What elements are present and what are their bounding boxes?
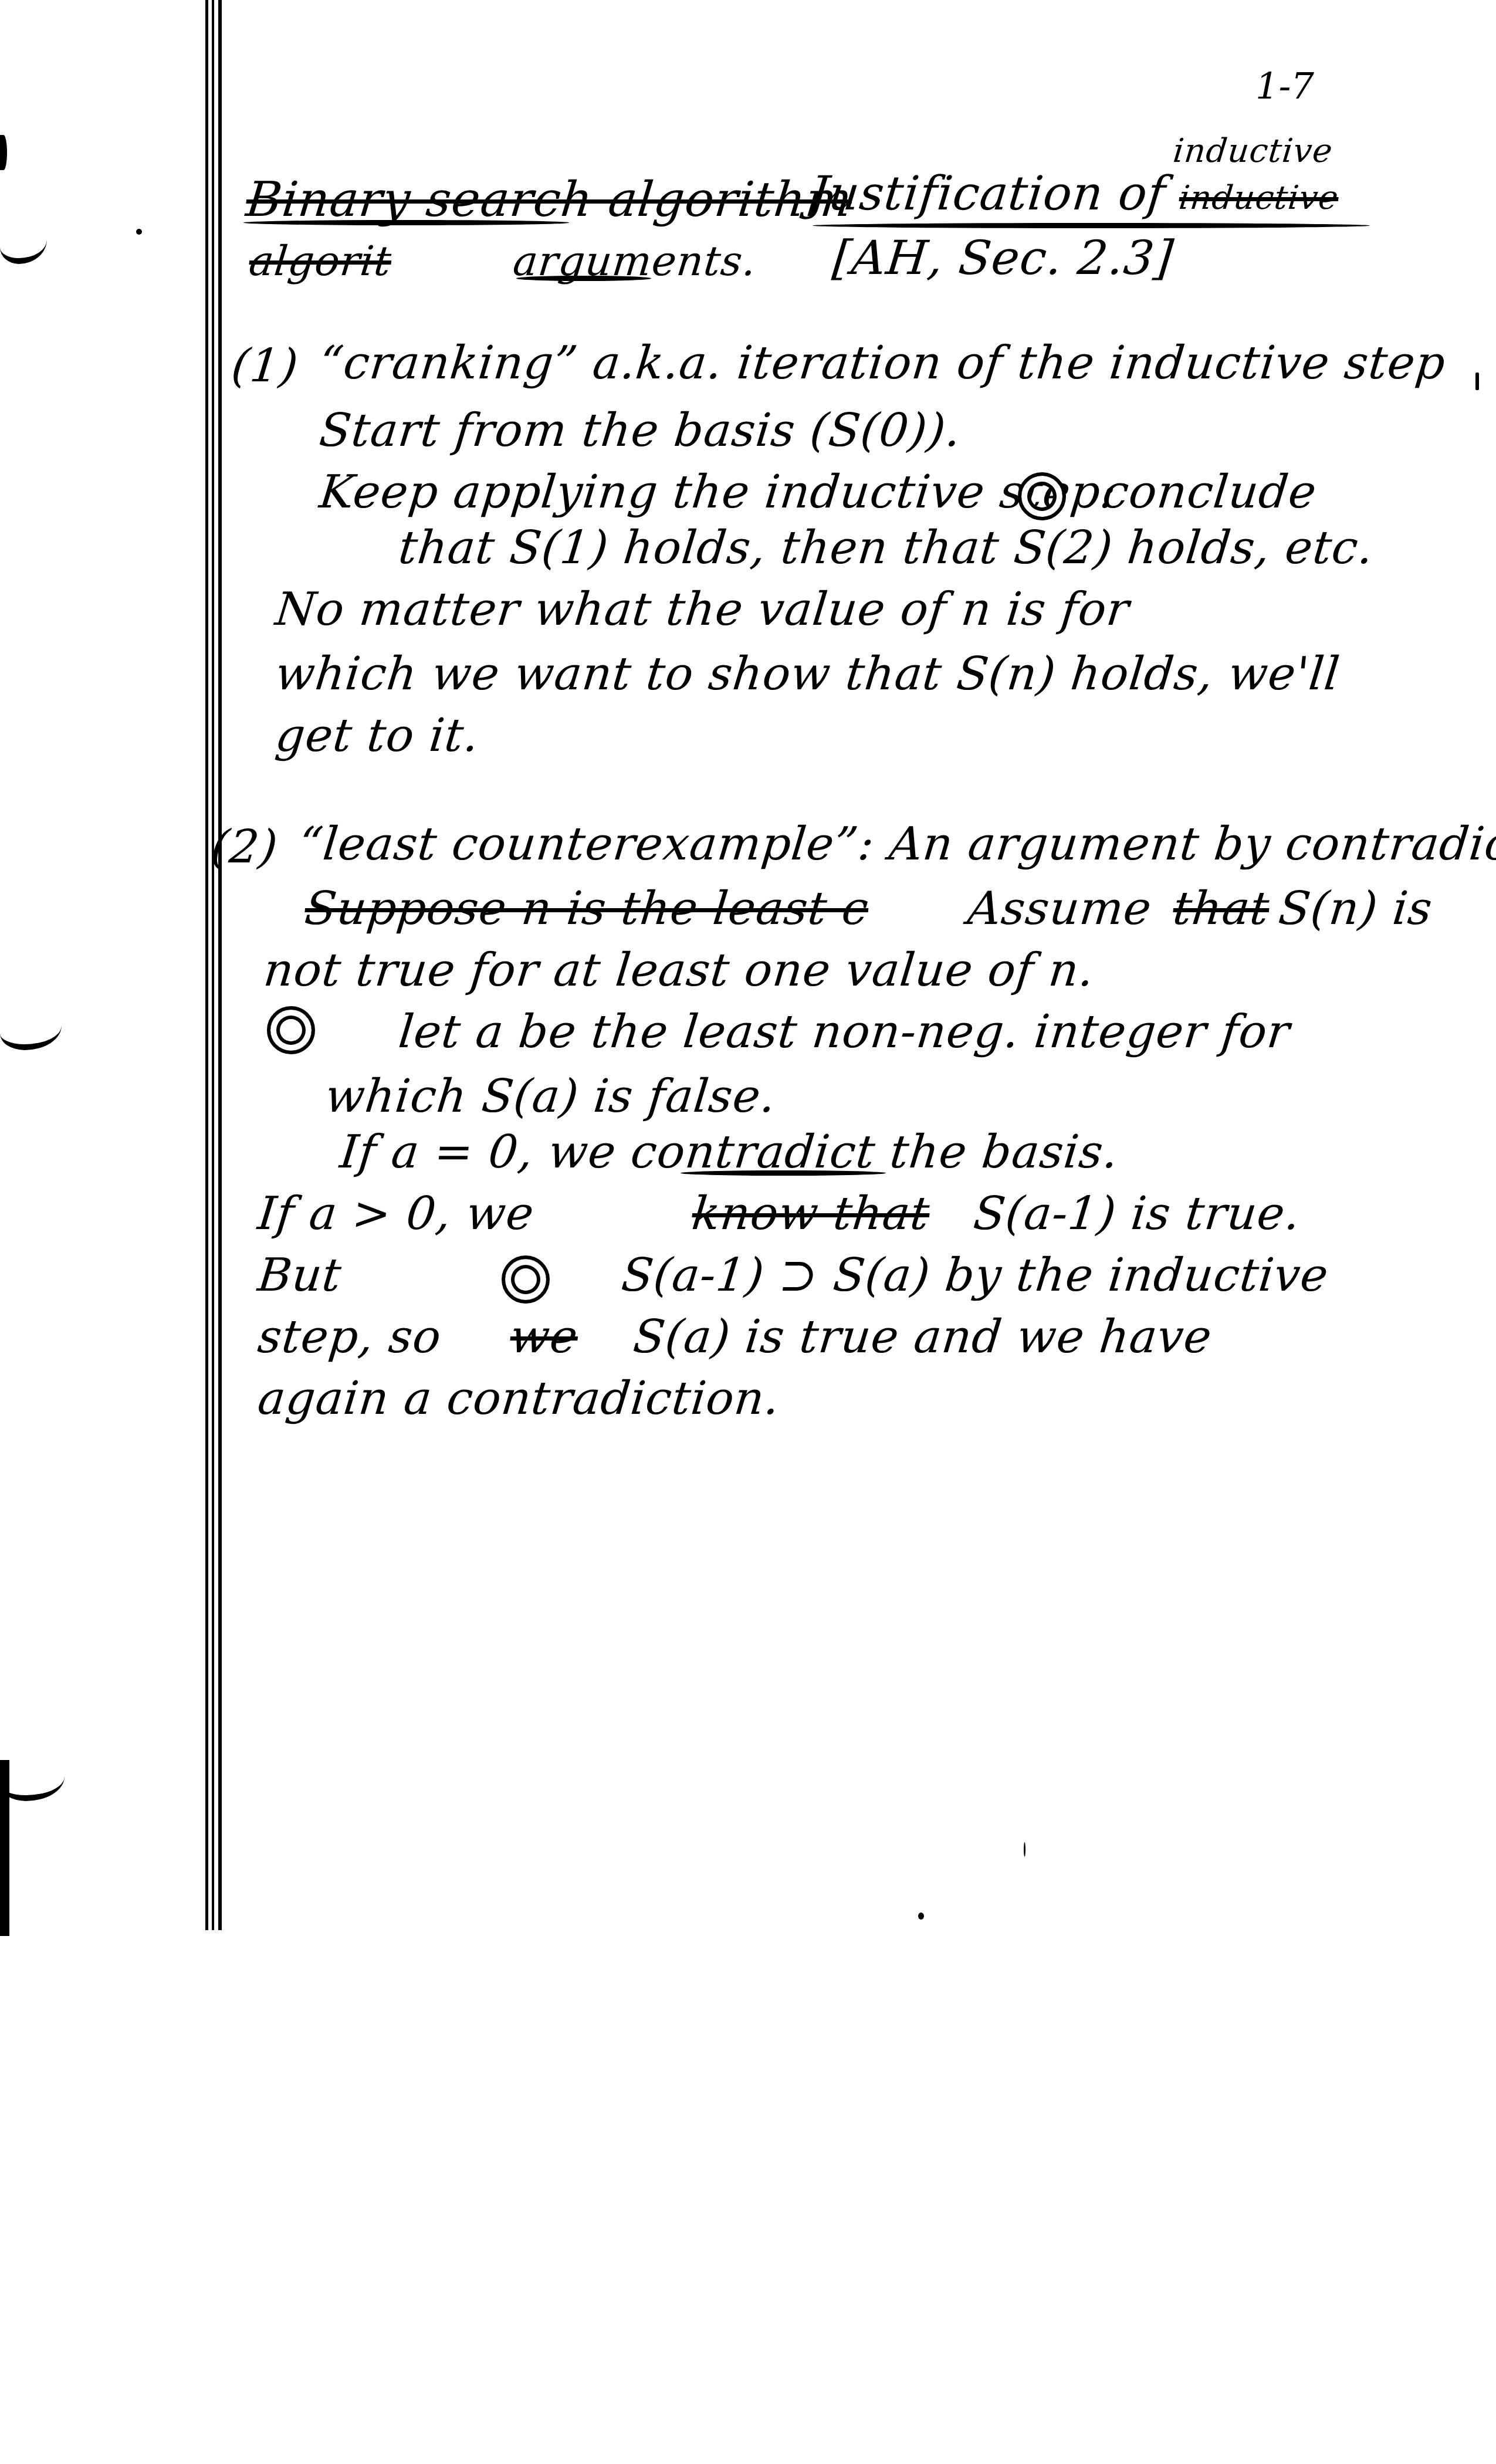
title-underline bbox=[243, 220, 569, 225]
heading-arguments: arguments. bbox=[511, 241, 759, 282]
section2-line: “least counterexample”: An argument by c… bbox=[297, 821, 1496, 867]
section2-line: again a contradiction. bbox=[256, 1376, 782, 1421]
section2-line: step, so bbox=[256, 1314, 444, 1360]
word-underline bbox=[681, 1170, 886, 1176]
section2-line: S(a) is true and we have bbox=[631, 1314, 1214, 1360]
section1-line: that S(1) holds, then that S(2) holds, e… bbox=[397, 525, 1376, 571]
binding-artifact bbox=[0, 223, 47, 264]
binding-artifact bbox=[0, 1760, 65, 1801]
section1-line: conclude bbox=[1101, 469, 1319, 515]
scribble-mark bbox=[502, 1255, 550, 1304]
binding-artifact bbox=[0, 1760, 9, 1936]
section2-struck-word: that bbox=[1171, 886, 1272, 932]
section1-line: No matter what the value of n is for bbox=[273, 587, 1132, 632]
scan-speck bbox=[918, 1913, 924, 1920]
section1-line: “cranking” a.k.a. iteration of the induc… bbox=[317, 340, 1448, 386]
section2-line: let a be the least non-neg. integer for bbox=[397, 1009, 1292, 1055]
margin-line bbox=[212, 0, 214, 1930]
scribble-mark bbox=[1018, 472, 1066, 520]
section1-line: Keep applying the inductive step: bbox=[317, 469, 1119, 515]
section1-marker: (1) bbox=[229, 343, 301, 389]
title-struck-2: algorit bbox=[247, 241, 393, 282]
scanned-note-page: 1-7 Binary search algorithm algorit argu… bbox=[0, 0, 1496, 2464]
section2-line: If a = 0, we contradict the basis. bbox=[338, 1129, 1121, 1175]
heading-inserted-word: inductive bbox=[1172, 135, 1334, 168]
section2-line: Assume bbox=[966, 886, 1154, 932]
section2-struck-word: know that bbox=[690, 1191, 932, 1237]
section2-line: But bbox=[256, 1253, 344, 1298]
reference: [AH, Sec. 2.3] bbox=[831, 235, 1176, 282]
section2-line: which S(a) is false. bbox=[323, 1074, 779, 1119]
binding-artifact bbox=[0, 1009, 62, 1050]
section1-line: get to it. bbox=[273, 713, 482, 759]
scan-speck bbox=[1024, 1842, 1025, 1857]
heading-struck-word: inductive bbox=[1177, 182, 1340, 215]
heading-underline bbox=[516, 276, 651, 281]
section2-struck-line: Suppose n is the least c bbox=[303, 886, 871, 932]
margin-line bbox=[205, 0, 208, 1930]
section2-line: not true for at least one value of n. bbox=[262, 947, 1096, 993]
title-struck: Binary search algorithm bbox=[244, 176, 855, 224]
scan-speck bbox=[1475, 373, 1479, 390]
section2-struck-word: we bbox=[508, 1314, 580, 1360]
scan-speck bbox=[136, 229, 142, 235]
heading-justification: Justification of bbox=[807, 170, 1168, 217]
section1-line: Start from the basis (S(0)). bbox=[317, 408, 963, 453]
page-number: 1-7 bbox=[1255, 65, 1314, 107]
scribble-mark bbox=[267, 1006, 315, 1054]
heading-underline bbox=[813, 223, 1370, 228]
margin-line bbox=[218, 0, 222, 1930]
section2-line: S(a-1) is true. bbox=[972, 1191, 1302, 1237]
section2-line: If a > 0, we bbox=[256, 1191, 536, 1237]
binding-artifact bbox=[0, 135, 7, 170]
section1-line: which we want to show that S(n) holds, w… bbox=[273, 651, 1342, 697]
section2-marker: (2) bbox=[209, 824, 280, 870]
section2-line: S(n) is bbox=[1277, 886, 1435, 932]
section2-line: S(a-1) ⊃ S(a) by the inductive bbox=[620, 1253, 1331, 1298]
